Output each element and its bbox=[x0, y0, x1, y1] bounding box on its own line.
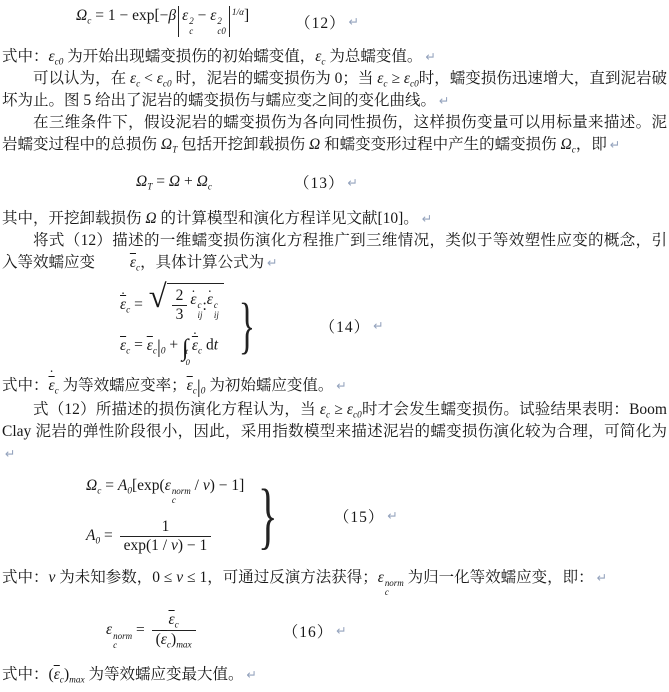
paragraph-mark-icon: ↵ bbox=[597, 570, 607, 585]
text-run: exp( bbox=[137, 477, 165, 494]
text-run: 为归一化等效蠕应变，即： bbox=[404, 569, 594, 586]
equation-12: Ωc = 1 − exp[−βε2c − ε2c01/α] （12） ↵ bbox=[76, 6, 667, 37]
text-run: β bbox=[168, 7, 176, 24]
text-run: A0 bbox=[118, 477, 132, 494]
text-run: 2 bbox=[176, 287, 184, 304]
text-run: < bbox=[140, 70, 157, 87]
equation-15: Ωc = A0[exp(εnormc / ν) − 1] A0 = 1exp(1… bbox=[86, 477, 667, 555]
text-run: = bbox=[152, 173, 169, 190]
dot-accent: · bbox=[208, 285, 212, 298]
text-run: ν bbox=[203, 477, 210, 494]
right-brace: } bbox=[239, 296, 255, 356]
text-run: ·εcij bbox=[207, 291, 219, 320]
text-run: εc bbox=[161, 631, 171, 648]
paragraph-mark-icon: ↵ bbox=[425, 49, 435, 64]
paragraph-eq16-where: 式中：(εc)max 为等效蠕应变最大值。↵ bbox=[2, 664, 667, 686]
text-run: d bbox=[202, 337, 214, 354]
text-run: 为总蠕变值。 bbox=[326, 48, 423, 65]
text-run: 式中： bbox=[2, 48, 49, 65]
text-run: + bbox=[166, 337, 183, 354]
paragraph-boom-clay: 式（12）所描述的损伤演化方程认为，当 εc ≥ εc0时才会发生蠕变损伤。试验… bbox=[2, 399, 667, 465]
text-run: εc0 bbox=[157, 70, 172, 87]
text-run: Ω bbox=[145, 210, 156, 227]
paragraph-mark-icon: ↵ bbox=[387, 508, 397, 523]
text-run: ] bbox=[239, 477, 244, 494]
text-run: Ωc bbox=[76, 7, 91, 24]
equation-16: εnormc = εc(εc)max （16） ↵ bbox=[106, 611, 667, 651]
text-run: εc0 bbox=[347, 401, 362, 418]
equation-14-line2: εc = εc|0 + ∫t0·εc dt bbox=[120, 336, 226, 368]
text-run: ) − 1 bbox=[178, 537, 207, 554]
paragraph-mark-icon: ↵ bbox=[5, 446, 15, 461]
text-run: εc bbox=[320, 401, 330, 418]
paragraph-eq14-where: 式中：·εc 为等效蠕应变率；εc|0 为初始蠕应变值。↵ bbox=[2, 375, 667, 399]
text-run: 为未知参数，0 ≤ bbox=[55, 569, 176, 586]
text-run: ·εc bbox=[192, 337, 202, 354]
text-run: 的计算模型和演化方程详见文献[10]。 bbox=[157, 210, 419, 227]
text-run: εc bbox=[54, 666, 64, 683]
text-run: 式（12）所描述的损伤演化方程认为，当 bbox=[33, 401, 320, 418]
text-run: εc bbox=[120, 337, 130, 354]
text-run: = bbox=[101, 477, 118, 494]
equation-12-formula: Ωc = 1 − exp[−βε2c − ε2c01/α] bbox=[76, 6, 249, 37]
text-run: 其中，开挖卸载损伤 bbox=[2, 210, 145, 227]
text-run: εc0 bbox=[404, 70, 419, 87]
paragraph-eq12-where: 式中：εc0 为开始出现蠕变损伤的初始蠕变值，εc 为总蠕变值。↵ bbox=[2, 46, 667, 68]
text-run: ε2c0 bbox=[210, 7, 226, 24]
text-run: 式中： bbox=[2, 377, 49, 394]
text-run: 时，泥岩的蠕变损伤为 0；当 bbox=[172, 70, 378, 87]
equation-12-number: （12） bbox=[295, 11, 346, 33]
paragraph-can-think: 可以认为，在 εc < εc0 时，泥岩的蠕变损伤为 0；当 εc ≥ εc0时… bbox=[2, 68, 667, 112]
text-run: A0 bbox=[86, 527, 100, 544]
dot-accent: · bbox=[191, 285, 195, 298]
paragraph-extend-3d: 将式（12）描述的一维蠕变损伤演化方程推广到三维情况，类似于等效塑性应变的概念，… bbox=[2, 230, 667, 274]
equation-15-formula: Ωc = A0[exp(εnormc / ν) − 1] A0 = 1exp(1… bbox=[86, 477, 244, 555]
text-run: εc bbox=[315, 48, 325, 65]
equation-14-number: （14） bbox=[320, 315, 371, 337]
text-run: Ωc bbox=[197, 173, 212, 190]
paragraph-eq15-where: 式中：ν 为未知参数，0 ≤ ν ≤ 1，可通过反演方法获得；εnormc 为归… bbox=[2, 567, 667, 598]
equation-13-number: （13） bbox=[294, 171, 345, 193]
text-run: ] bbox=[244, 7, 249, 24]
text-run: εc0 bbox=[49, 48, 64, 65]
text-run: − bbox=[194, 7, 211, 24]
equation-15-line1: Ωc = A0[exp(εnormc / ν) − 1] bbox=[86, 477, 244, 506]
integral: ∫t0 bbox=[182, 337, 192, 354]
equation-13: ΩT = Ω + Ωc （13） ↵ bbox=[136, 171, 667, 193]
equation-13-formula: ΩT = Ω + Ωc bbox=[136, 173, 212, 193]
text-run: εc bbox=[99, 254, 140, 271]
fraction: εc(εc)max bbox=[152, 611, 196, 651]
text-run: Ωc bbox=[86, 477, 101, 494]
text-run: exp(1 / bbox=[124, 537, 171, 554]
text-run: ，具体计算公式为 bbox=[140, 254, 264, 271]
text-run: Ω bbox=[309, 136, 320, 153]
text-run: ) − 1 bbox=[210, 477, 239, 494]
paragraph-mark-icon: ↵ bbox=[336, 623, 346, 638]
text-run: Ω bbox=[169, 173, 180, 190]
text-run: 1 bbox=[162, 518, 170, 535]
text-run: ，即 bbox=[576, 136, 607, 153]
equation-16-number: （16） bbox=[283, 620, 334, 642]
text-run: t bbox=[214, 337, 218, 354]
fraction: 23 bbox=[172, 287, 188, 324]
evaluated-at-bar: |0 bbox=[157, 337, 166, 354]
text-run: )max bbox=[171, 631, 192, 648]
text-run: / bbox=[191, 477, 203, 494]
text-run: εc bbox=[169, 611, 179, 628]
text-run: + bbox=[180, 173, 197, 190]
paragraph-mark-icon: ↵ bbox=[349, 14, 359, 29]
text-run: εc bbox=[147, 337, 157, 354]
text-run: Ωc bbox=[561, 136, 576, 153]
paragraph-mark-icon: ↵ bbox=[336, 378, 346, 393]
equation-14-line1: ·εc = √23·εcij : ·εcij bbox=[120, 283, 226, 324]
dot-accent: · bbox=[49, 365, 53, 378]
paragraph-mark-icon: ↵ bbox=[347, 175, 357, 190]
text-run: 为等效蠕应变率； bbox=[59, 377, 187, 394]
text-run: 为等效蠕应变最大值。 bbox=[85, 666, 244, 683]
text-run: ·εc bbox=[49, 377, 59, 394]
text-run: 时才会发生蠕变损伤。试验结果表明： bbox=[362, 401, 629, 418]
text-run: ≥ bbox=[330, 401, 347, 418]
text-run: 为开始出现蠕变损伤的初始蠕变值， bbox=[63, 48, 315, 65]
text-run: εc bbox=[130, 70, 140, 87]
text-run: 式中： bbox=[2, 666, 49, 683]
text-run: )max bbox=[64, 666, 85, 683]
equation-14: ·εc = √23·εcij : ·εcij εc = εc|0 + ∫t0·ε… bbox=[120, 283, 667, 367]
right-brace: } bbox=[258, 480, 278, 552]
equation-14-formula: ·εc = √23·εcij : ·εcij εc = εc|0 + ∫t0·ε… bbox=[120, 283, 226, 367]
text-run: ≥ bbox=[388, 70, 404, 87]
text-run: 和蠕变变形过程中产生的蠕变损伤 bbox=[320, 136, 560, 153]
text-run: ΩT bbox=[161, 136, 177, 153]
text-run: εnormc bbox=[106, 621, 132, 638]
fraction: 1exp(1 / ν) − 1 bbox=[120, 518, 212, 555]
text-run: ε2c bbox=[182, 7, 194, 24]
text-run: 可以认为，在 bbox=[33, 70, 130, 87]
text-run: ≤ 1，可通过反演方法获得； bbox=[183, 569, 378, 586]
text-run: 式中： bbox=[2, 569, 49, 586]
text-run: 包括开挖卸载损伤 bbox=[177, 136, 309, 153]
square-root: √23·εcij : ·εcij bbox=[149, 283, 224, 324]
dot-accent: · bbox=[121, 287, 125, 300]
text-run: = bbox=[132, 621, 149, 638]
text-run: 为初始蠕应变值。 bbox=[205, 377, 333, 394]
text-run: εc bbox=[187, 377, 197, 394]
equation-15-number: （15） bbox=[334, 505, 385, 527]
text-run: = bbox=[130, 296, 147, 313]
text-run: ν bbox=[171, 537, 178, 554]
document-page: { "marks": { "ret": "↵" }, "equations": … bbox=[0, 0, 669, 692]
paragraph-mark-icon: ↵ bbox=[247, 667, 257, 682]
text-run: = bbox=[100, 527, 117, 544]
paragraph-reference: 其中，开挖卸载损伤 Ω 的计算模型和演化方程详见文献[10]。↵ bbox=[2, 208, 667, 230]
paragraph-mark-icon: ↵ bbox=[439, 93, 449, 108]
text-run: εnormc bbox=[165, 477, 191, 494]
text-run: εc bbox=[377, 70, 387, 87]
equation-16-formula: εnormc = εc(εc)max bbox=[106, 611, 199, 651]
dot-accent: · bbox=[193, 327, 197, 340]
equation-15-line2: A0 = 1exp(1 / ν) − 1 bbox=[86, 518, 244, 555]
paragraph-mark-icon: ↵ bbox=[267, 255, 277, 270]
radical-icon: √ bbox=[149, 281, 167, 314]
absolute-value: ε2c − ε2c01/α bbox=[176, 7, 244, 24]
paragraph-mark-icon: ↵ bbox=[610, 137, 620, 152]
paragraph-mark-icon: ↵ bbox=[422, 211, 432, 226]
text-run: 3 bbox=[176, 306, 184, 323]
text-run: ·εc bbox=[120, 296, 130, 313]
text-run: ·εcij bbox=[190, 291, 202, 320]
text-run: = bbox=[130, 337, 147, 354]
text-run: 泥岩的弹性阶段很小，因此，采用指数模型来描述泥岩的蠕变损伤演化较为合理，可简化为 bbox=[31, 423, 667, 440]
text-run: εnormc bbox=[378, 569, 404, 586]
paragraph-three-dim: 在三维条件下，假设泥岩的蠕变损伤为各向同性损伤，这样损伤变量可以用标量来描述。泥… bbox=[2, 112, 667, 156]
paragraph-mark-icon: ↵ bbox=[373, 318, 383, 333]
text-run: = 1 − exp bbox=[91, 7, 154, 24]
text-run: ΩT bbox=[136, 173, 152, 190]
